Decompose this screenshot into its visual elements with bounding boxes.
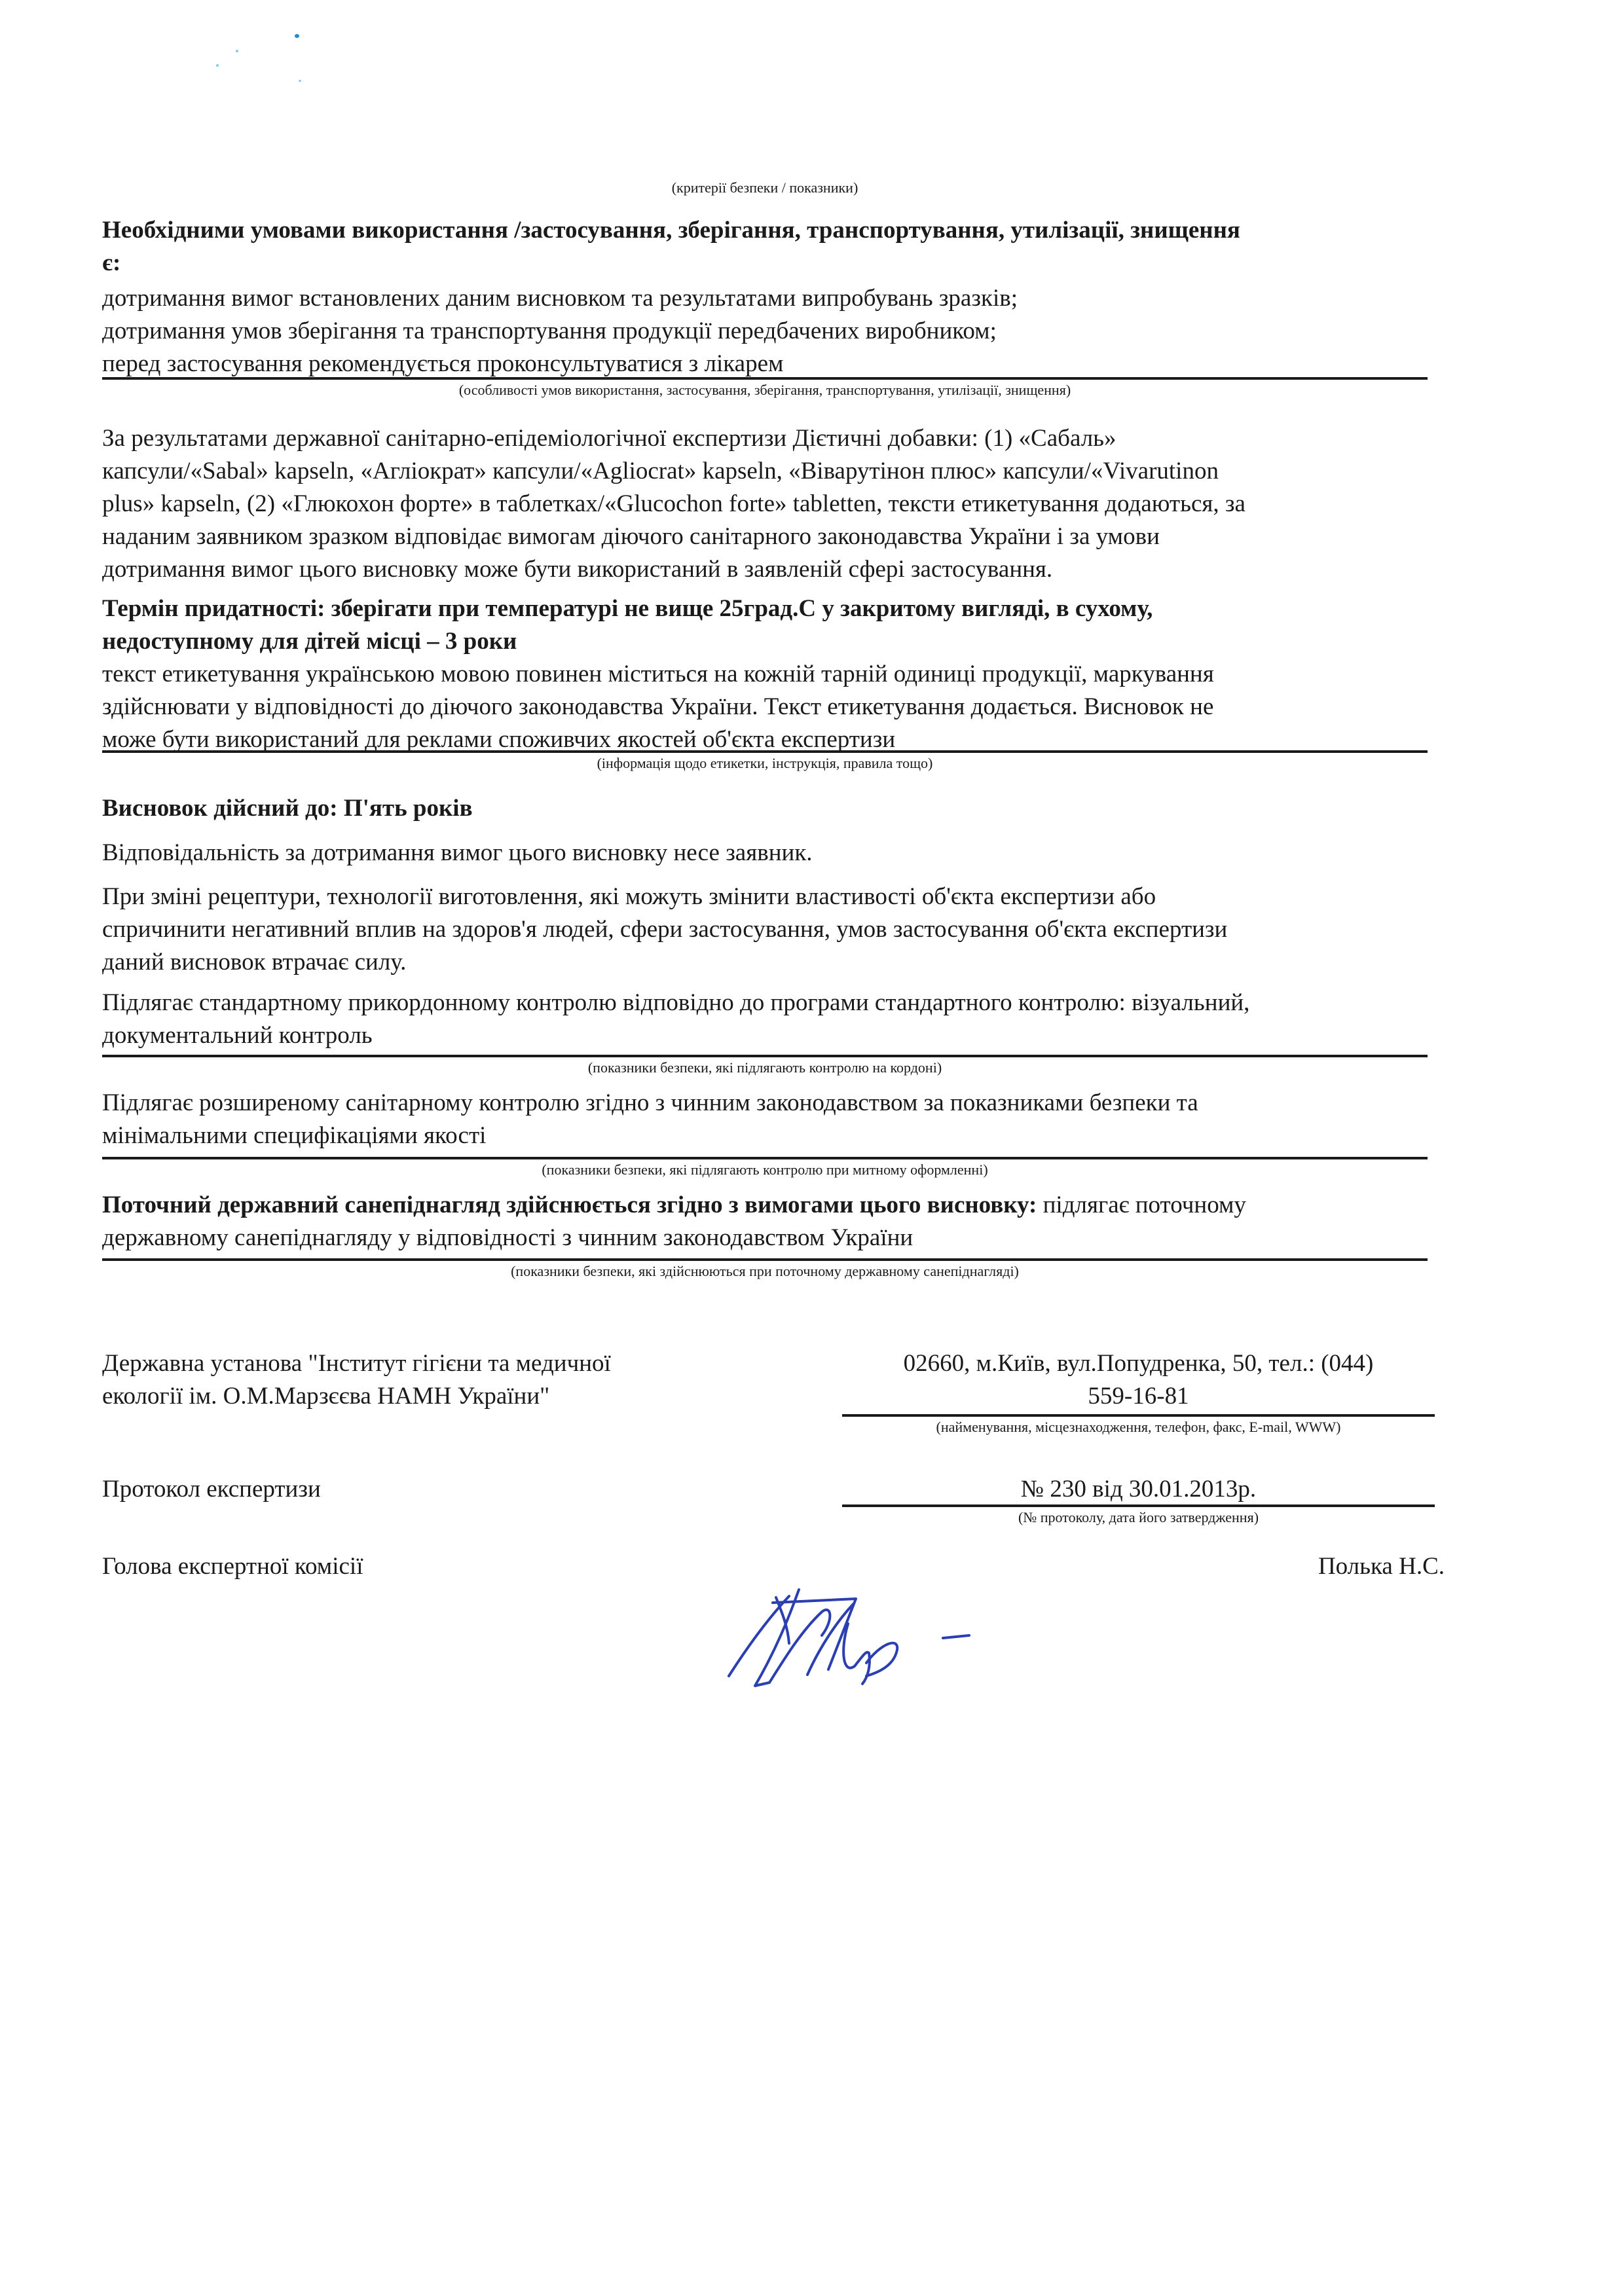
sanitary-control-caption: (показники безпеки, які підлягають контр… bbox=[102, 1161, 1428, 1179]
results-line: капсули/«Sabal» kapseln, «Агліократ» кап… bbox=[102, 455, 1246, 488]
validity-text: Висновок дійсний до: П'ять років bbox=[102, 792, 473, 825]
divider-rule bbox=[102, 377, 1428, 380]
condition-line: дотримання умов зберігання та транспорту… bbox=[102, 315, 1240, 348]
border-control-section: Підлягає стандартному прикордонному конт… bbox=[102, 987, 1249, 1052]
results-line: За результатами державної санітарно-епід… bbox=[102, 422, 1246, 455]
divider-rule bbox=[102, 1055, 1428, 1057]
results-section: За результатами державної санітарно-епід… bbox=[102, 422, 1246, 586]
supervision-section: Поточний державний санепіднагляд здійсню… bbox=[102, 1189, 1246, 1254]
institution-name-line: екології ім. О.М.Марзєєва НАМН України" bbox=[102, 1380, 611, 1413]
label-info-line: текст етикетування українською мовою пов… bbox=[102, 658, 1214, 691]
conditions-heading-cont: є: bbox=[102, 247, 1240, 280]
phone-line: 559-16-81 bbox=[842, 1380, 1435, 1413]
changes-section: При зміні рецептури, технології виготовл… bbox=[102, 881, 1227, 979]
scan-artifact bbox=[216, 64, 219, 67]
condition-line: дотримання вимог встановлених даним висн… bbox=[102, 282, 1240, 315]
border-control-line: Підлягає стандартному прикордонному конт… bbox=[102, 987, 1249, 1019]
divider-rule bbox=[842, 1504, 1435, 1507]
supervision-text: підлягає поточному bbox=[1037, 1192, 1246, 1218]
responsibility-text: Відповідальність за дотримання вимог цьо… bbox=[102, 837, 813, 869]
results-line: plus» kapseln, (2) «Глюкохон форте» в та… bbox=[102, 488, 1246, 520]
commission-head-label: Голова експертної комісії bbox=[102, 1550, 363, 1583]
divider-rule bbox=[842, 1414, 1435, 1417]
sanitary-control-line: Підлягає розширеному санітарному контрол… bbox=[102, 1087, 1198, 1120]
divider-rule bbox=[102, 1258, 1428, 1261]
sanitary-control-section: Підлягає розширеному санітарному контрол… bbox=[102, 1087, 1198, 1152]
results-line: наданим заявником зразком відповідає вим… bbox=[102, 520, 1246, 553]
scan-artifact bbox=[295, 34, 299, 38]
changes-line: При зміні рецептури, технології виготовл… bbox=[102, 881, 1227, 913]
supervision-line-cont: державному санепіднагляду у відповідност… bbox=[102, 1222, 1246, 1254]
shelf-life-heading: Термін придатності: зберігати при темпер… bbox=[102, 592, 1214, 625]
protocol-caption: (№ протоколу, дата його затвердження) bbox=[842, 1508, 1435, 1527]
divider-rule bbox=[102, 1157, 1428, 1159]
address-line: 02660, м.Київ, вул.Попудренка, 50, тел.:… bbox=[842, 1347, 1435, 1380]
protocol-value: № 230 від 30.01.2013р. bbox=[842, 1473, 1435, 1506]
protocol-value-block: № 230 від 30.01.2013р. bbox=[842, 1473, 1435, 1506]
institution-address: 02660, м.Київ, вул.Попудренка, 50, тел.:… bbox=[842, 1347, 1435, 1413]
institution-name-line: Державна установа "Інститут гігієни та м… bbox=[102, 1347, 611, 1380]
supervision-line: Поточний державний санепіднагляд здійсню… bbox=[102, 1189, 1246, 1222]
shelf-life-section: Термін придатності: зберігати при темпер… bbox=[102, 592, 1214, 756]
changes-line: спричинити негативний вплив на здоров'я … bbox=[102, 913, 1227, 946]
border-control-caption: (показники безпеки, які підлягають контр… bbox=[102, 1059, 1428, 1077]
results-line: дотримання вимог цього висновку може бут… bbox=[102, 553, 1246, 586]
sanitary-control-line: мінімальними специфікаціями якості bbox=[102, 1120, 1198, 1152]
border-control-line: документальний контроль bbox=[102, 1019, 1249, 1052]
conditions-heading: Необхідними умовами використання /застос… bbox=[102, 214, 1240, 247]
scan-artifact bbox=[299, 80, 301, 82]
scan-artifact bbox=[236, 50, 238, 52]
condition-line: перед застосування рекомендується прокон… bbox=[102, 348, 1240, 380]
handwritten-signature bbox=[691, 1558, 979, 1689]
label-info-line: здійснювати у відповідності до діючого з… bbox=[102, 691, 1214, 723]
supervision-caption: (показники безпеки, які здійснюються при… bbox=[102, 1262, 1428, 1281]
commission-head-name: Полька Н.С. bbox=[1318, 1550, 1445, 1583]
changes-line: даний висновок втрачає силу. bbox=[102, 946, 1227, 979]
institution-name: Державна установа "Інститут гігієни та м… bbox=[102, 1347, 611, 1413]
supervision-heading: Поточний державний санепіднагляд здійсню… bbox=[102, 1192, 1037, 1218]
conditions-section: Необхідними умовами використання /застос… bbox=[102, 214, 1240, 380]
protocol-label: Протокол експертизи bbox=[102, 1473, 321, 1506]
conditions-caption: (особливості умов використання, застосув… bbox=[102, 381, 1428, 399]
institution-caption: (найменування, місцезнаходження, телефон… bbox=[842, 1418, 1435, 1436]
shelf-life-heading-cont: недоступному для дітей місці – 3 роки bbox=[102, 625, 1214, 658]
divider-rule bbox=[102, 750, 1428, 753]
criteria-caption: (критерії безпеки / показники) bbox=[102, 179, 1428, 197]
label-info-caption: (інформація щодо етикетки, інструкція, п… bbox=[102, 754, 1428, 773]
